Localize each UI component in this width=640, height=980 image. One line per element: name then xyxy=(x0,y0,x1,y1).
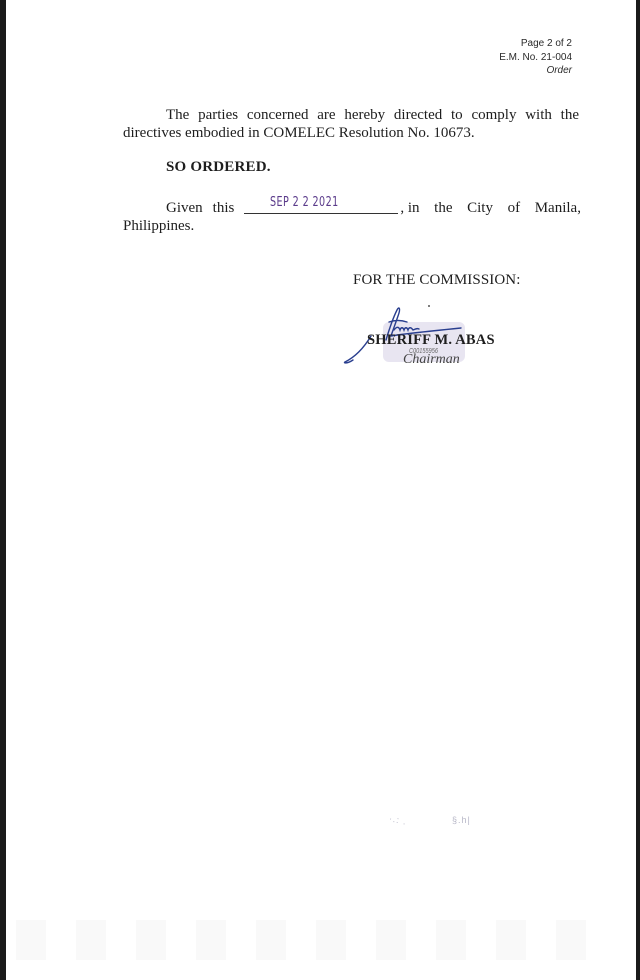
case-number: E.M. No. 21-004 xyxy=(499,51,572,65)
signature-block: SHERIFF M. ABAS C00155956 Chairman xyxy=(341,300,521,380)
signatory-title: Chairman xyxy=(403,352,460,368)
given-paragraph: Given this SEP 2 2 2021 , in the City of… xyxy=(123,195,581,235)
given-rest-word: , in xyxy=(400,199,419,217)
this-word: this xyxy=(213,199,235,217)
directive-line-2: directives embodied in COMELEC Resolutio… xyxy=(123,125,475,141)
marginal-initials-left: ·.: . xyxy=(388,813,408,827)
page-number: Page 2 of 2 xyxy=(499,37,572,51)
date-blank-line: SEP 2 2 2021 xyxy=(244,197,398,214)
given-rest-word: the xyxy=(434,199,452,217)
page-header: Page 2 of 2 E.M. No. 21-004 Order xyxy=(499,37,572,78)
directive-paragraph: The parties concerned are hereby directe… xyxy=(123,106,579,142)
so-ordered-heading: SO ORDERED. xyxy=(166,159,271,176)
date-stamp: SEP 2 2 2021 xyxy=(270,194,339,212)
marginal-initials-right: §.h| xyxy=(452,815,471,825)
signatory-name: SHERIFF M. ABAS xyxy=(367,332,495,349)
given-word: Given xyxy=(166,199,203,217)
given-rest-word: City xyxy=(467,199,493,217)
directive-line-1: The parties concerned are hereby directe… xyxy=(123,106,579,124)
given-rest: , in the City of Manila, xyxy=(400,199,581,217)
document-page: Page 2 of 2 E.M. No. 21-004 Order The pa… xyxy=(6,0,636,980)
given-line-2: Philippines. xyxy=(123,217,581,235)
given-rest-word: Manila, xyxy=(535,199,581,217)
given-rest-word: of xyxy=(508,199,521,217)
for-the-commission: FOR THE COMMISSION: xyxy=(353,272,521,289)
bleed-through-ghost xyxy=(16,920,616,960)
document-type: Order xyxy=(499,64,572,78)
